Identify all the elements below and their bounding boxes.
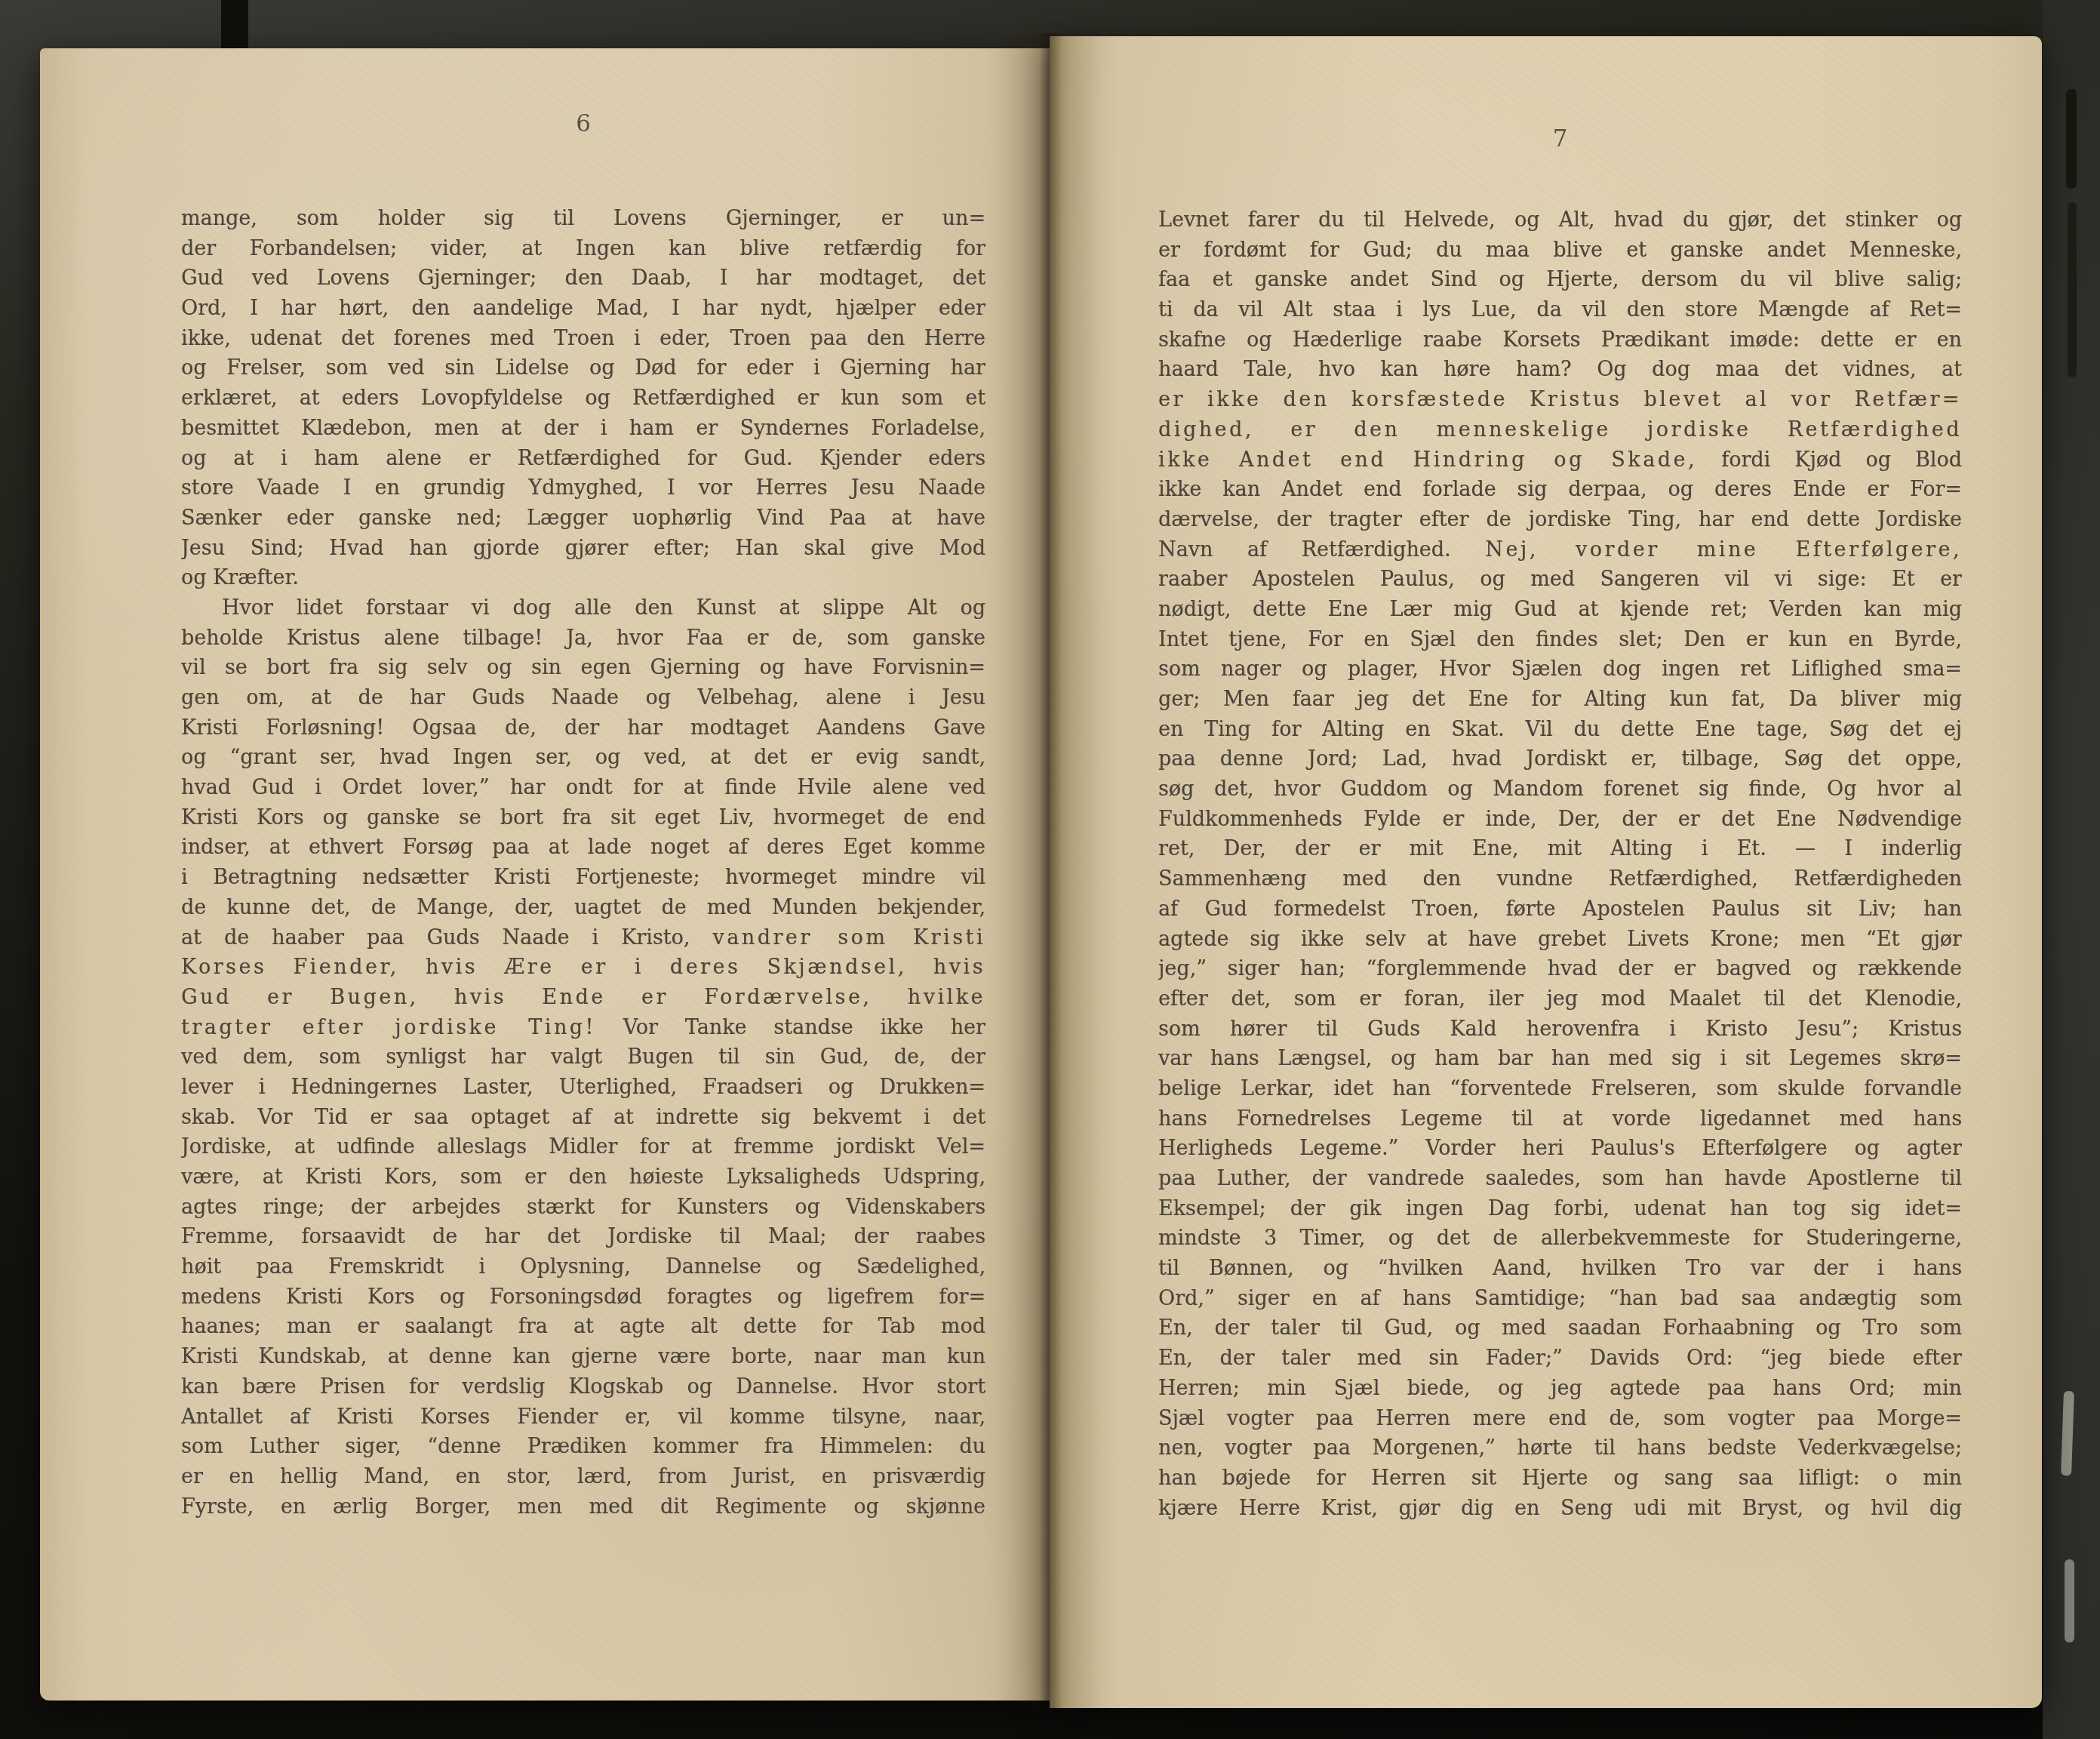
text-run: Fuldkommenheds Fylde er inde, Der, der e… (1158, 808, 1962, 831)
text-run: jeg,” siger han; “forglemmende hvad der … (1158, 957, 1962, 980)
text-line: agtes ringe; der arbejdes stærkt for Kun… (181, 1193, 985, 1223)
text-run: Sjæl vogter paa Herren mere end de, som … (1158, 1407, 1962, 1430)
text-run: Ord,” siger en af hans Samtidige; “han b… (1158, 1287, 1962, 1310)
text-line: skab. Vor Tid er saa optaget af at indre… (181, 1103, 985, 1133)
text-run: og “grant ser, hvad Ingen ser, og ved, a… (181, 746, 985, 769)
text-line: agtede sig ikke selv at have grebet Live… (1158, 925, 1962, 955)
text-line: skafne og Hæderlige raabe Korsets Prædik… (1158, 325, 1962, 355)
text-run: er en hellig Mand, en stor, lærd, from J… (181, 1465, 985, 1488)
text-run: en Ting for Alting en Skat. Vil du dette… (1158, 718, 1962, 741)
text-run: er fordømt for Gud; du maa blive et gans… (1158, 239, 1962, 262)
text-run: gen om, at de har Guds Naade og Velbehag… (181, 686, 985, 709)
text-line: belige Lerkar, idet han “forventede Frel… (1158, 1074, 1962, 1104)
text-line: Kristi Forløsning! Ogsaa de, der har mod… (181, 713, 985, 743)
text-line: Jordiske, at udfinde alleslags Midler fo… (181, 1132, 985, 1162)
text-line: Hvor lidet forstaar vi dog alle den Kuns… (181, 593, 985, 623)
text-line: Eksempel; der gik ingen Dag forbi, udena… (1158, 1194, 1962, 1224)
text-line: søg det, hvor Guddom og Mandom forenet s… (1158, 774, 1962, 805)
text-run: haanes; man er saalangt fra at agte alt … (181, 1315, 985, 1338)
text-run: Fyrste, en ærlig Borger, men med dit Reg… (181, 1495, 985, 1519)
text-line: Ord,” siger en af hans Samtidige; “han b… (1158, 1284, 1962, 1314)
text-line: indser, at ethvert Forsøg paa at lade no… (181, 833, 985, 863)
text-line: er en hellig Mand, en stor, lærd, from J… (181, 1462, 985, 1492)
film-mark-dark (2066, 89, 2077, 189)
text-run: Intet tjene, For en Sjæl den findes slet… (1158, 628, 1962, 651)
text-run: være, at Kristi Kors, som er den høieste… (181, 1165, 985, 1189)
text-run: Kristi Kors og ganske se bort fra sit eg… (181, 806, 985, 829)
photo-backdrop: 6 mange, som holder sig til Lovens Gjern… (0, 0, 2100, 1739)
text-run: og Frelser, som ved sin Lidelse og Død f… (181, 356, 985, 380)
text-run: faa et ganske andet Sind og Hjerte, ders… (1158, 268, 1962, 291)
text-run: kan bære Prisen for verdslig Klogskab og… (181, 1375, 985, 1399)
text-run: ret, Der, der er mit Ene, mit Alting i E… (1158, 837, 1962, 860)
text-line: raaber Apostelen Paulus, og med Sangeren… (1158, 565, 1962, 595)
text-run: i Betragtning nedsætter Kristi Fortjenes… (181, 866, 985, 889)
text-run: hvad Gud i Ordet lover,” har ondt for at… (181, 776, 985, 799)
text-run: erklæret, at eders Lovopfyldelse og Retf… (181, 386, 985, 410)
text-run: besmittet Klædebon, men at der i ham er … (181, 417, 985, 440)
text-line: at de haaber paa Guds Naade i Kristo, va… (181, 923, 985, 953)
text-line: Levnet farer du til Helvede, og Alt, hva… (1158, 205, 1962, 235)
text-line: som nager og plager, Hvor Sjælen dog ing… (1158, 654, 1962, 685)
text-line: Jesu Sind; Hvad han gjorde gjører efter;… (181, 534, 985, 564)
text-column: Levnet farer du til Helvede, og Alt, hva… (1158, 205, 1962, 1523)
emphasized-text-run: tragter efter jordiske Ting! (181, 1016, 596, 1039)
text-run: En, der taler til Gud, og med saadan For… (1158, 1316, 1962, 1340)
emphasized-text-run: vandrer som Kristi (712, 926, 985, 950)
text-run: kjære Herre Krist, gjør dig en Seng udi … (1158, 1497, 1962, 1520)
text-line: ger; Men faar jeg det Ene for Alting kun… (1158, 685, 1962, 715)
text-line: Sænker eder ganske ned; Lægger uophørlig… (181, 503, 985, 534)
text-run: ti da vil Alt staa i lys Lue, da vil den… (1158, 298, 1962, 322)
text-run: Levnet farer du til Helvede, og Alt, hva… (1158, 208, 1962, 232)
text-line: og “grant ser, hvad Ingen ser, og ved, a… (181, 743, 985, 773)
text-line: ikke Andet end Hindring og Skade, fordi … (1158, 445, 1962, 476)
text-line: ved dem, som synligst har valgt Bugen ti… (181, 1042, 985, 1073)
text-line: der Forbandelsen; vider, at Ingen kan bl… (181, 234, 985, 264)
text-run: ved dem, som synligst har valgt Bugen ti… (181, 1045, 985, 1069)
text-run: Jesu Sind; Hvad han gjorde gjører efter;… (181, 537, 985, 560)
text-run: dærvelse, der tragter efter de jordiske … (1158, 508, 1962, 531)
text-line: Fuldkommenheds Fylde er inde, Der, der e… (1158, 805, 1962, 835)
text-line: Gud er Bugen, hvis Ende er Fordærvelse, … (181, 983, 985, 1013)
text-run: til Bønnen, og “hvilken Aand, hvilken Tr… (1158, 1257, 1962, 1280)
text-line: Navn af Retfærdighed. Nej, vorder mine E… (1158, 535, 1962, 565)
text-run: mindste 3 Timer, og det de allerbekvemme… (1158, 1227, 1962, 1250)
text-line: Kristi Kundskab, at denne kan gjerne vær… (181, 1342, 985, 1372)
text-run: Eksempel; der gik ingen Dag forbi, udena… (1158, 1197, 1962, 1220)
text-run: indser, at ethvert Forsøg paa at lade no… (181, 836, 985, 859)
text-run: Ord, I har hørt, den aandelige Mad, I ha… (181, 297, 985, 320)
text-line: ti da vil Alt staa i lys Lue, da vil den… (1158, 295, 1962, 325)
text-line: mindste 3 Timer, og det de allerbekvemme… (1158, 1223, 1962, 1254)
text-run: paa denne Jord; Lad, hvad Jordiskt er, t… (1158, 747, 1962, 771)
text-run: af Gud formedelst Troen, førte Apostelen… (1158, 897, 1962, 921)
text-line: paa denne Jord; Lad, hvad Jordiskt er, t… (1158, 744, 1962, 774)
emphasized-text-run: ikke Andet end Hindring og Skade, (1158, 448, 1697, 472)
text-line: paa Luther, der vandrede saaledes, som h… (1158, 1164, 1962, 1194)
text-line: Korses Fiender, hvis Ære er i deres Skjæ… (181, 953, 985, 983)
text-line: erklæret, at eders Lovopfyldelse og Retf… (181, 383, 985, 414)
text-line: dighed, er den menneskelige jordiske Ret… (1158, 415, 1962, 445)
text-run: Hvor lidet forstaar vi dog alle den Kuns… (222, 596, 985, 620)
text-line: nen, vogter paa Morgenen,” hørte til han… (1158, 1433, 1962, 1464)
text-run: Gud ved Lovens Gjerninger; den Daab, I h… (181, 266, 985, 290)
text-run: at de haaber paa Guds Naade i Kristo, (181, 926, 712, 950)
page-left: 6 mange, som holder sig til Lovens Gjern… (40, 48, 1050, 1701)
text-run: agtede sig ikke selv at have grebet Live… (1158, 928, 1962, 951)
text-line: Herren; min Sjæl biede, og jeg agtede pa… (1158, 1374, 1962, 1404)
text-run: som Luther siger, “denne Prædiken kommer… (181, 1435, 985, 1458)
text-line: Antallet af Kristi Korses Fiender er, vi… (181, 1402, 985, 1433)
text-run: og at i ham alene er Retfærdighed for Gu… (181, 447, 985, 470)
text-line: som Luther siger, “denne Prædiken kommer… (181, 1432, 985, 1462)
emphasized-text-run: Korses Fiender, hvis Ære er i deres Skjæ… (181, 956, 985, 979)
text-run: ikke kan Andet end forlade sig derpaa, o… (1158, 478, 1962, 501)
text-run: efter det, som er foran, iler jeg mod Ma… (1158, 987, 1962, 1011)
text-line: faa et ganske andet Sind og Hjerte, ders… (1158, 265, 1962, 295)
text-line: som hører til Guds Kald herovenfra i Kri… (1158, 1014, 1962, 1045)
text-line: en Ting for Alting en Skat. Vil du dette… (1158, 715, 1962, 745)
text-line: til Bønnen, og “hvilken Aand, hvilken Tr… (1158, 1254, 1962, 1284)
text-run: som hører til Guds Kald herovenfra i Kri… (1158, 1017, 1962, 1041)
page-number: 6 (181, 110, 985, 137)
text-run: der Forbandelsen; vider, at Ingen kan bl… (181, 237, 985, 260)
text-run: Antallet af Kristi Korses Fiender er, vi… (181, 1405, 985, 1429)
text-line: haard Tale, hvo kan høre ham? Og dog maa… (1158, 355, 1962, 385)
text-run: nødigt, dette Ene Lær mig Gud at kjende … (1158, 598, 1962, 621)
text-line: En, der taler med sin Fader;” Davids Ord… (1158, 1343, 1962, 1374)
film-mark-dark (2068, 202, 2077, 377)
text-line: og Frelser, som ved sin Lidelse og Død f… (181, 353, 985, 383)
text-run: medens Kristi Kors og Forsoningsdød fora… (181, 1285, 985, 1309)
emphasized-text-run: er ikke den korsfæstede Kristus blevet a… (1158, 388, 1962, 411)
text-line: tragter efter jordiske Ting! Vor Tanke s… (181, 1013, 985, 1043)
text-line: Gud ved Lovens Gjerninger; den Daab, I h… (181, 263, 985, 294)
text-run: skafne og Hæderlige raabe Korsets Prædik… (1158, 328, 1962, 352)
text-line: Herligheds Legeme.” Vorder heri Paulus's… (1158, 1134, 1962, 1164)
text-run: ikke, udenat det forenes med Troen i ede… (181, 327, 985, 350)
text-line: medens Kristi Kors og Forsoningsdød fora… (181, 1282, 985, 1313)
text-line: hans Fornedrelses Legeme til at vorde li… (1158, 1104, 1962, 1134)
text-line: i Betragtning nedsætter Kristi Fortjenes… (181, 863, 985, 893)
text-line: kan bære Prisen for verdslig Klogskab og… (181, 1372, 985, 1402)
text-line: ikke, udenat det forenes med Troen i ede… (181, 324, 985, 354)
text-run: ger; Men faar jeg det Ene for Alting kun… (1158, 688, 1962, 711)
text-line: nødigt, dette Ene Lær mig Gud at kjende … (1158, 595, 1962, 625)
text-run: En, der taler med sin Fader;” Davids Ord… (1158, 1347, 1962, 1370)
text-line: han bøjede for Herren sit Hjerte og sang… (1158, 1464, 1962, 1494)
text-run: agtes ringe; der arbejdes stærkt for Kun… (181, 1196, 985, 1219)
text-run: Sammenhæng med den vundne Retfærdighed, … (1158, 867, 1962, 891)
text-run: og Kræfter. (181, 566, 299, 589)
text-run: høit paa Fremskridt i Oplysning, Dannels… (181, 1255, 985, 1279)
emphasized-text-run: Gud er Bugen, hvis Ende er Fordærvelse, … (181, 986, 985, 1009)
text-run: han bøjede for Herren sit Hjerte og sang… (1158, 1467, 1962, 1490)
text-run: de kunne det, de Mange, der, uagtet de m… (181, 896, 985, 919)
text-line: var hans Længsel, og ham bar han med sig… (1158, 1044, 1962, 1074)
text-line: ikke kan Andet end forlade sig derpaa, o… (1158, 475, 1962, 505)
text-line: gen om, at de har Guds Naade og Velbehag… (181, 683, 985, 713)
text-line: mange, som holder sig til Lovens Gjernin… (181, 204, 985, 234)
text-run: paa Luther, der vandrede saaledes, som h… (1158, 1167, 1962, 1190)
text-run: belige Lerkar, idet han “forventede Frel… (1158, 1077, 1962, 1100)
text-run: Jordiske, at udfinde alleslags Midler fo… (181, 1135, 985, 1159)
text-run: fordi Kjød og Blod (1697, 448, 1962, 472)
text-line: være, at Kristi Kors, som er den høieste… (181, 1162, 985, 1193)
text-line: En, der taler til Gud, og med saadan For… (1158, 1313, 1962, 1343)
page-right: 7 Levnet farer du til Helvede, og Alt, h… (1050, 36, 2042, 1708)
text-run: Navn af Retfærdighed. (1158, 538, 1485, 562)
text-run: Herligheds Legeme.” Vorder heri Paulus's… (1158, 1137, 1962, 1160)
text-line: kjære Herre Krist, gjør dig en Seng udi … (1158, 1494, 1962, 1524)
text-line: af Gud formedelst Troen, førte Apostelen… (1158, 894, 1962, 925)
text-line: og Kræfter. (181, 563, 985, 593)
text-line: beholde Kristus alene tilbage! Ja, hvor … (181, 623, 985, 654)
text-line: er fordømt for Gud; du maa blive et gans… (1158, 235, 1962, 266)
text-run: Fremme, forsaavidt de har det Jordiske t… (181, 1225, 985, 1248)
text-run: skab. Vor Tid er saa optaget af at indre… (181, 1106, 985, 1129)
text-line: Ord, I har hørt, den aandelige Mad, I ha… (181, 294, 985, 324)
text-line: besmittet Klædebon, men at der i ham er … (181, 414, 985, 444)
text-run: haard Tale, hvo kan høre ham? Og dog maa… (1158, 358, 1962, 381)
emphasized-text-run: Nej, vorder mine Efterfølgere, (1485, 538, 1962, 562)
clamp-shadow (221, 0, 248, 56)
emphasized-text-run: dighed, er den menneskelige jordiske Ret… (1158, 418, 1962, 442)
text-run: lever i Hedningernes Laster, Uterlighed,… (181, 1076, 985, 1099)
text-line: høit paa Fremskridt i Oplysning, Dannels… (181, 1252, 985, 1282)
text-run: søg det, hvor Guddom og Mandom forenet s… (1158, 777, 1962, 801)
text-line: jeg,” siger han; “forglemmende hvad der … (1158, 954, 1962, 984)
film-mark-light (2065, 1559, 2074, 1642)
text-line: Sjæl vogter paa Herren mere end de, som … (1158, 1404, 1962, 1434)
text-run: Herren; min Sjæl biede, og jeg agtede pa… (1158, 1377, 1962, 1400)
text-run: mange, som holder sig til Lovens Gjernin… (181, 207, 985, 230)
text-run: vil se bort fra sig selv og sin egen Gje… (181, 656, 985, 679)
text-run: nen, vogter paa Morgenen,” hørte til han… (1158, 1436, 1962, 1460)
text-run: Kristi Forløsning! Ogsaa de, der har mod… (181, 716, 985, 740)
text-line: Kristi Kors og ganske se bort fra sit eg… (181, 803, 985, 833)
text-run: beholde Kristus alene tilbage! Ja, hvor … (181, 626, 985, 650)
text-line: ret, Der, der er mit Ene, mit Alting i E… (1158, 834, 1962, 864)
text-line: er ikke den korsfæstede Kristus blevet a… (1158, 385, 1962, 415)
text-line: Intet tjene, For en Sjæl den findes slet… (1158, 625, 1962, 655)
text-line: Fremme, forsaavidt de har det Jordiske t… (181, 1222, 985, 1252)
text-line: efter det, som er foran, iler jeg mod Ma… (1158, 984, 1962, 1014)
text-line: lever i Hedningernes Laster, Uterlighed,… (181, 1073, 985, 1103)
text-line: store Vaade I en grundig Ydmyghed, I vor… (181, 473, 985, 503)
text-line: de kunne det, de Mange, der, uagtet de m… (181, 893, 985, 923)
text-run: Kristi Kundskab, at denne kan gjerne vær… (181, 1345, 985, 1368)
text-line: dærvelse, der tragter efter de jordiske … (1158, 505, 1962, 535)
text-run: Vor Tanke standse ikke her (596, 1016, 985, 1039)
text-line: hvad Gud i Ordet lover,” har ondt for at… (181, 773, 985, 803)
text-run: var hans Længsel, og ham bar han med sig… (1158, 1047, 1962, 1070)
text-run: Sænker eder ganske ned; Lægger uophørlig… (181, 506, 985, 530)
text-line: Fyrste, en ærlig Borger, men med dit Reg… (181, 1492, 985, 1522)
text-line: haanes; man er saalangt fra at agte alt … (181, 1312, 985, 1342)
page-number: 7 (1158, 125, 1962, 152)
text-run: hans Fornedrelses Legeme til at vorde li… (1158, 1107, 1962, 1131)
text-column: mange, som holder sig til Lovens Gjernin… (181, 204, 985, 1522)
text-line: og at i ham alene er Retfærdighed for Gu… (181, 444, 985, 474)
text-line: vil se bort fra sig selv og sin egen Gje… (181, 653, 985, 683)
text-run: store Vaade I en grundig Ydmyghed, I vor… (181, 476, 985, 500)
text-run: raaber Apostelen Paulus, og med Sangeren… (1158, 568, 1962, 591)
text-line: Sammenhæng med den vundne Retfærdighed, … (1158, 864, 1962, 894)
text-run: som nager og plager, Hvor Sjælen dog ing… (1158, 657, 1962, 681)
